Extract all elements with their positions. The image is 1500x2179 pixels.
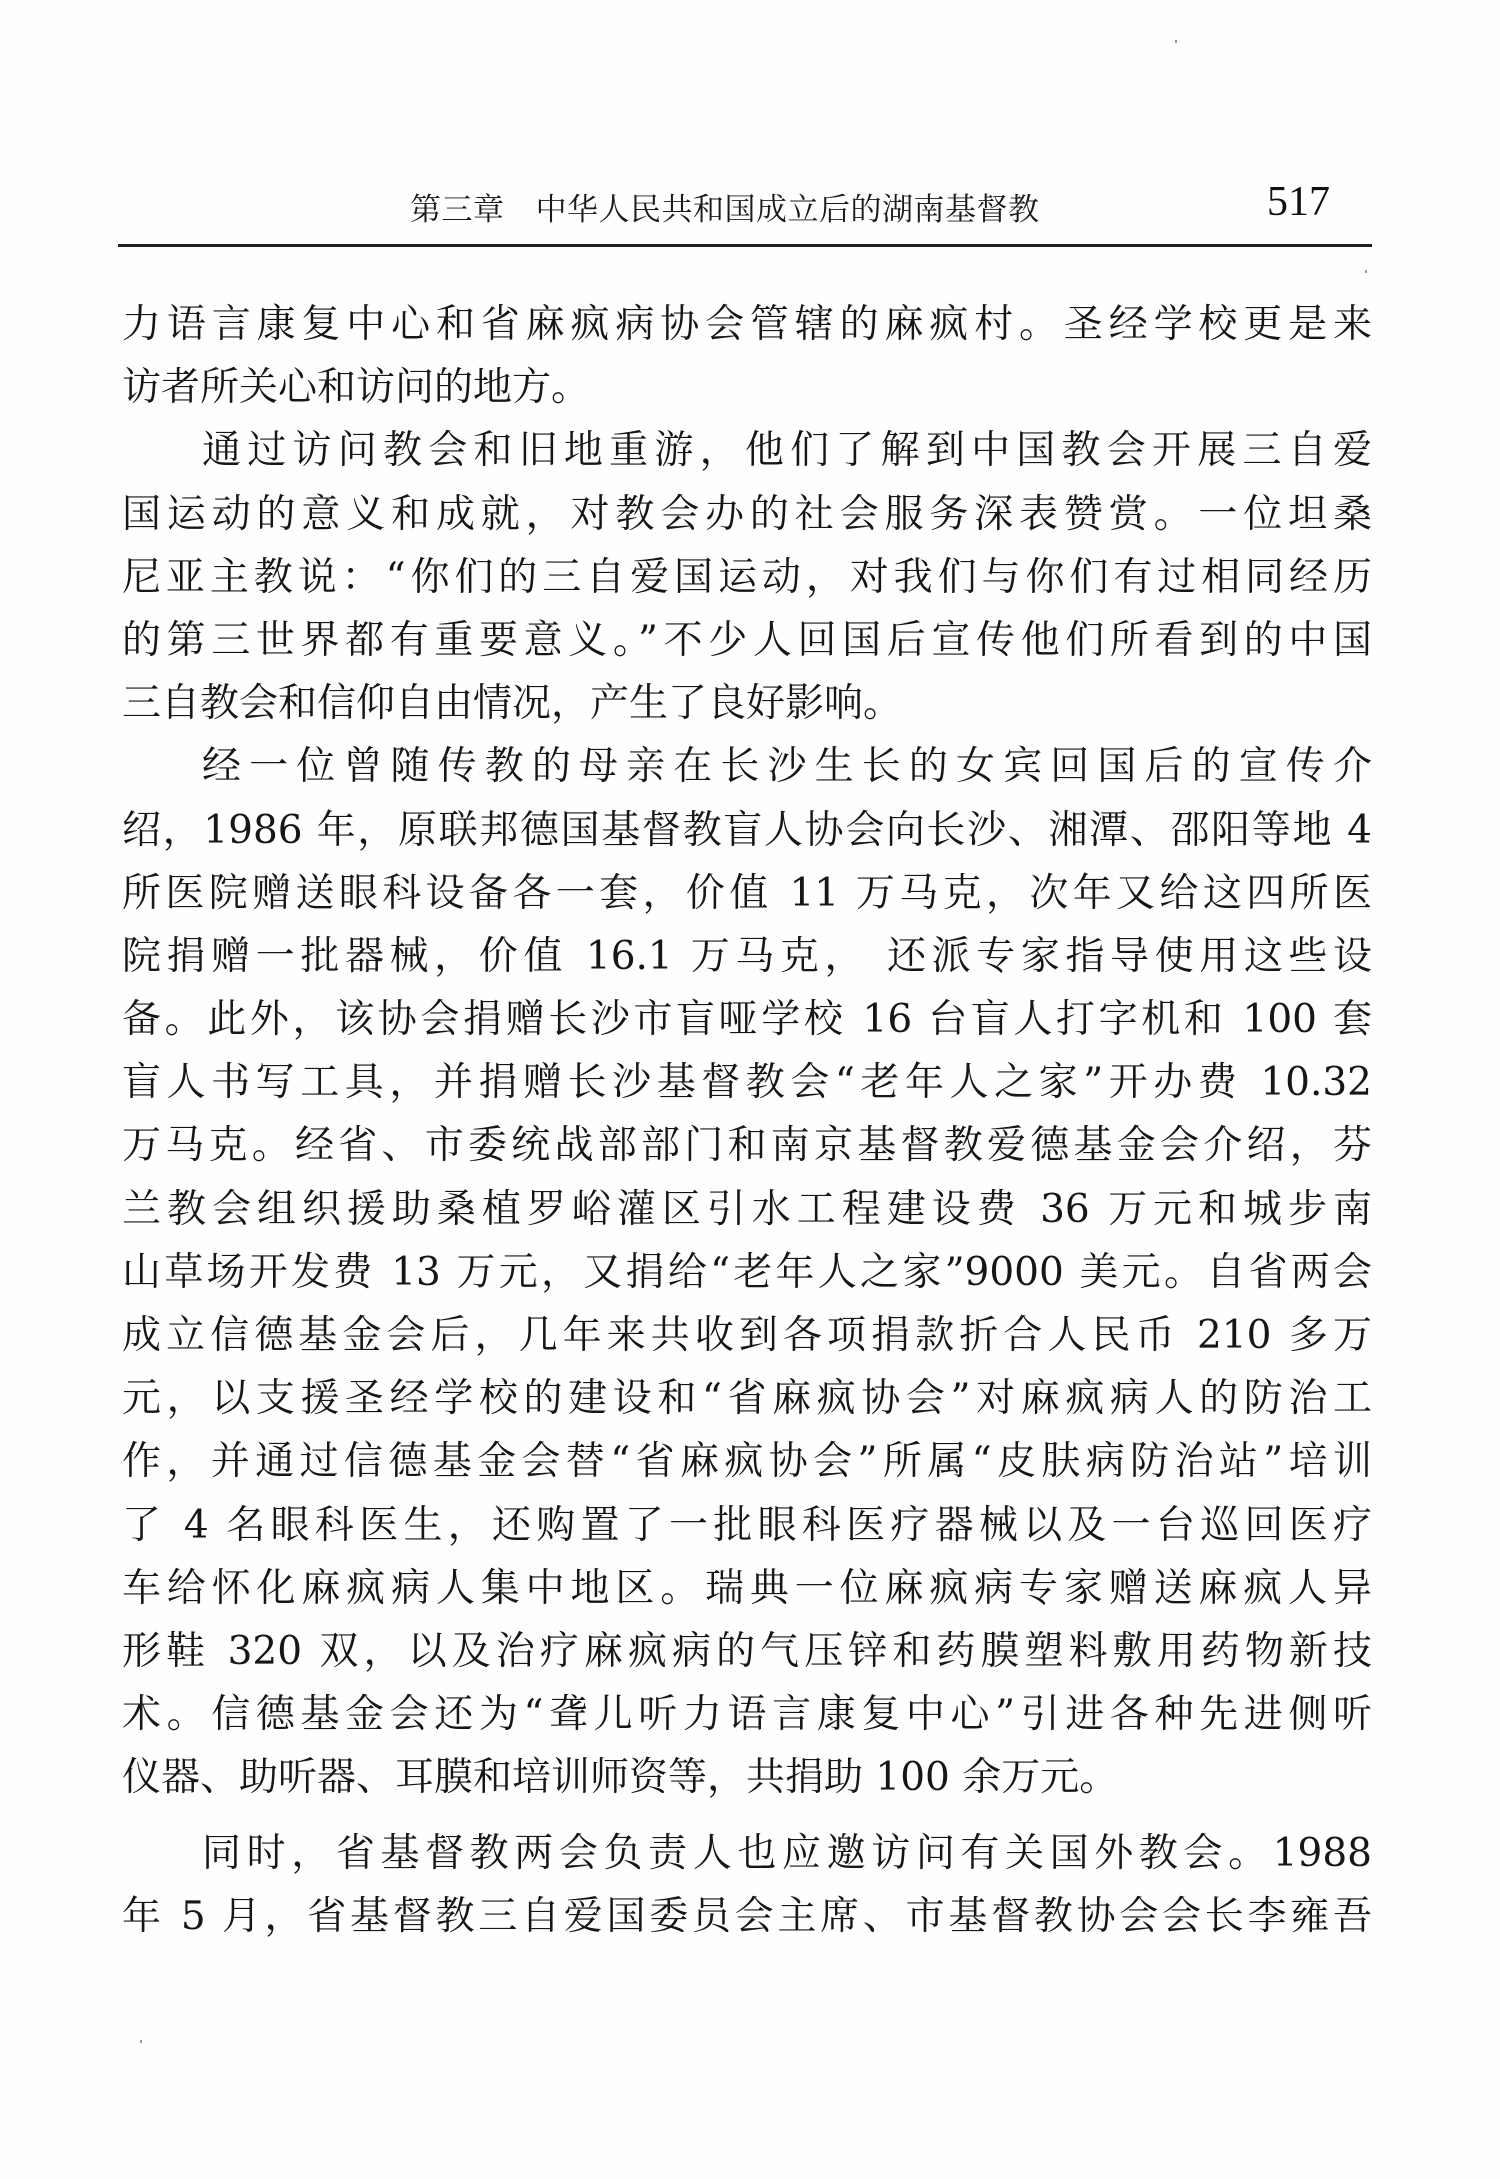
text-line: 院捐赠一批器械，价值 16.1 万马克， 还派专家指导使用这些设 — [122, 925, 1372, 988]
text-line: 尼亚主教说：“你们的三自爱国运动，对我们与你们有过相同经历 — [122, 546, 1372, 609]
text-line: 盲人书写工具，并捐赠长沙基督教会“老年人之家”开办费 10.32 — [122, 1051, 1372, 1114]
text-line: 访者所关心和访问的地方。 — [122, 356, 1372, 419]
text-line: 万马克。经省、市委统战部部门和南京基督教爱德基金会介绍，芬 — [122, 1114, 1372, 1177]
text-line: 成立信德基金会后，几年来共收到各项捐款折合人民币 210 多万 — [122, 1304, 1372, 1367]
chapter-title: 中华人民共和国成立后的湖南基督教 — [536, 192, 1040, 228]
text-line: 兰教会组织援助桑植罗峪灌区引水工程建设费 36 万元和城步南 — [122, 1178, 1372, 1241]
text-line: 备。此外，该协会捐赠长沙市盲哑学校 16 台盲人打字机和 100 套 — [122, 988, 1372, 1051]
text-line: 力语言康复中心和省麻疯病协会管辖的麻疯村。圣经学校更是来 — [122, 293, 1372, 356]
header-divider — [118, 244, 1372, 247]
page-number: 517 — [1267, 178, 1330, 226]
text-line: 形鞋 320 双，以及治疗麻疯病的气压锌和药膜塑料敷用药物新技 — [122, 1620, 1372, 1683]
paragraph-start-line: 经一位曾随传教的母亲在长沙生长的女宾回国后的宣传介 — [122, 735, 1372, 798]
paragraph-start-line: 同时，省基督教两会负责人也应邀访问有关国外教会。1988 — [122, 1822, 1372, 1885]
text-line: 了 4 名眼科医生，还购置了一批眼科医疗器械以及一台巡回医疗 — [122, 1494, 1372, 1557]
body-text: 力语言康复中心和省麻疯病协会管辖的麻疯村。圣经学校更是来 访者所关心和访问的地方… — [122, 293, 1372, 1948]
running-title: 第三章 中华人民共和国成立后的湖南基督教 — [410, 184, 1040, 229]
text-line: 仪器、助听器、耳膜和培训师资等，共捐助 100 余万元。 — [122, 1746, 1372, 1809]
text-line: 的第三世界都有重要意义。”不少人回国后宣传他们所看到的中国 — [122, 609, 1372, 672]
scan-speck — [1365, 270, 1367, 273]
text-line: 绍，1986 年，原联邦德国基督教盲人协会向长沙、湘潭、邵阳等地 4 — [122, 799, 1372, 862]
text-line: 所医院赠送眼科设备各一套，价值 11 万马克，次年又给这四所医 — [122, 862, 1372, 925]
text-line: 作，并通过信德基金会替“省麻疯协会”所属“皮肤病防治站”培训 — [122, 1430, 1372, 1493]
scan-speck — [140, 2040, 142, 2043]
running-head: 第三章 中华人民共和国成立后的湖南基督教 517 — [120, 178, 1370, 238]
text-line: 山草场开发费 13 万元，又捐给“老年人之家”9000 美元。自省两会 — [122, 1241, 1372, 1304]
text-line: 元，以支援圣经学校的建设和“省麻疯协会”对麻疯病人的防治工 — [122, 1367, 1372, 1430]
text-line: 车给怀化麻疯病人集中地区。瑞典一位麻疯病专家赠送麻疯人异 — [122, 1557, 1372, 1620]
text-line: 年 5 月，省基督教三自爱国委员会主席、市基督教协会会长李雍吾 — [122, 1885, 1372, 1948]
chapter-label: 第三章 — [410, 192, 505, 228]
text-line: 三自教会和信仰自由情况，产生了良好影响。 — [122, 672, 1372, 735]
paragraph-start-line: 通过访问教会和旧地重游，他们了解到中国教会开展三自爱 — [122, 419, 1372, 482]
book-page: 第三章 中华人民共和国成立后的湖南基督教 517 力语言康复中心和省麻疯病协会管… — [0, 0, 1500, 2179]
text-line: 国运动的意义和成就，对教会办的社会服务深表赞赏。一位坦桑 — [122, 483, 1372, 546]
text-line: 术。信德基金会还为“聋儿听力语言康复中心”引进各种先进侧听 — [122, 1683, 1372, 1746]
scan-speck — [1175, 40, 1177, 43]
